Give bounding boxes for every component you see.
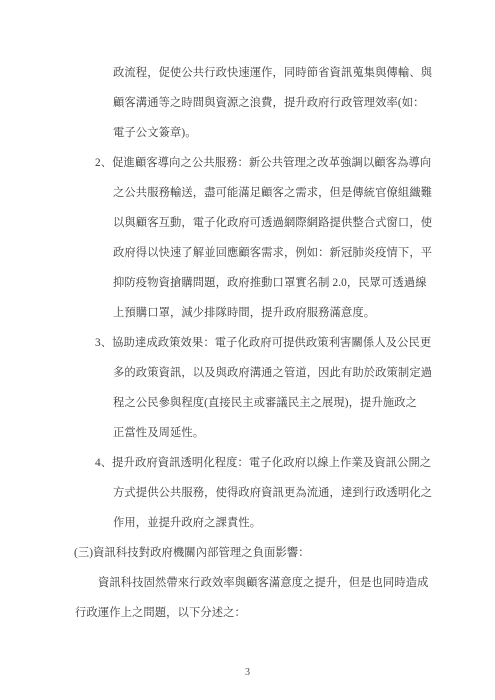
numbered-item-line: 2、促進顧客導向之公共服務：新公共管理之改革強調以顧客為導向: [95, 148, 495, 178]
paragraph-first-line: 資訊科技固然帶來行政效率與顧客滿意度之提升，但是也同時造成: [98, 568, 495, 598]
page-number: 3: [0, 666, 495, 680]
document-page: 政流程，促使公共行政快速運作，同時節省資訊蒐集與傳輸、與 顧客溝通等之時間與資源…: [0, 0, 495, 700]
text-line: 電子公文簽章)。: [113, 118, 495, 148]
text-line: 之公共服務輸送，盡可能滿足顧客之需求，但是傳統官僚組織難: [113, 178, 495, 208]
numbered-item-line: 4、提升政府資訊透明化程度：電子化政府以線上作業及資訊公開之: [95, 448, 495, 478]
numbered-item-line: 3、協助達成政策效果：電子化政府可提供政策利害關係人及公民更: [95, 328, 495, 358]
text-line: 抑防疫物資搶購問題，政府推動口罩實名制 2.0，民眾可透過線: [113, 268, 495, 298]
text-line: 以與顧客互動，電子化政府可透過網際網路提供整合式窗口，使: [113, 208, 495, 238]
document-text-body: 政流程，促使公共行政快速運作，同時節省資訊蒐集與傳輸、與 顧客溝通等之時間與資源…: [0, 58, 495, 628]
text-line: 顧客溝通等之時間與資源之浪費，提升政府行政管理效率(如：: [113, 88, 495, 118]
text-line: 政府得以快速了解並回應顧客需求，例如：新冠肺炎疫情下，平: [113, 238, 495, 268]
text-line: 行政運作上之問題，以下分述之：: [75, 598, 495, 628]
text-line: 程之公民參與程度(直接民主或審議民主之展現)，提升施政之: [113, 388, 495, 418]
text-line: 方式提供公共服務，使得政府資訊更為流通，達到行政透明化之: [113, 478, 495, 508]
section-heading-line: (三)資訊科技對政府機關內部管理之負面影響：: [74, 538, 495, 568]
text-line: 政流程，促使公共行政快速運作，同時節省資訊蒐集與傳輸、與: [113, 58, 495, 88]
text-line: 多的政策資訊，以及與政府溝通之管道，因此有助於政策制定過: [113, 358, 495, 388]
text-line: 作用，並提升政府之課責性。: [113, 508, 495, 538]
text-line: 上預購口罩，減少排隊時間，提升政府服務滿意度。: [113, 298, 495, 328]
text-line: 正當性及周延性。: [113, 418, 495, 448]
